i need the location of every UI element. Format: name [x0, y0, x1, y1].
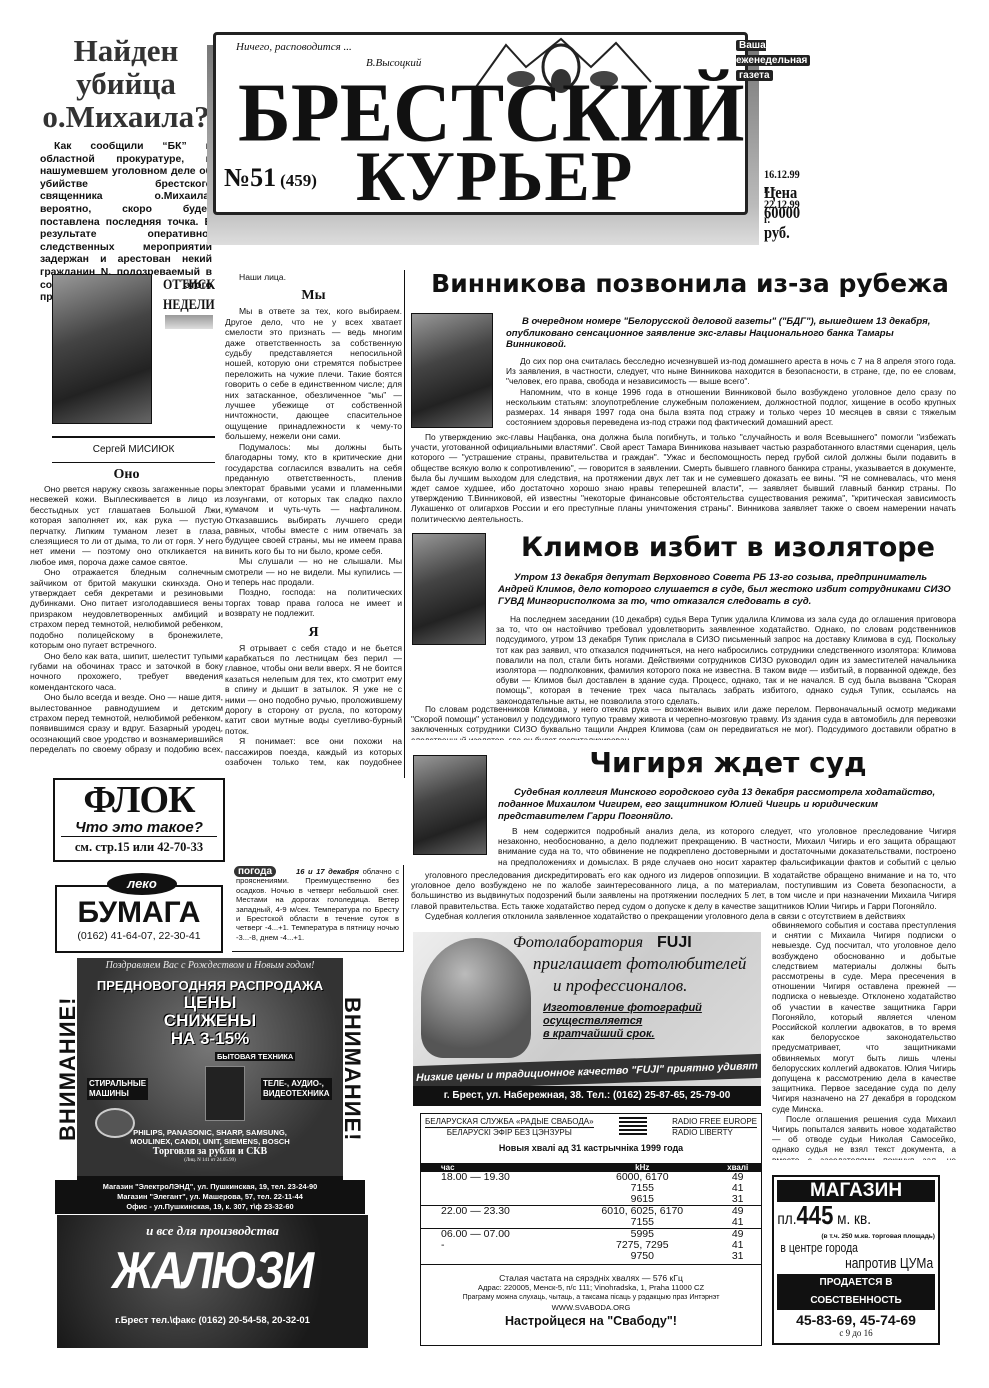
cell-khz: 9615 — [570, 1194, 714, 1206]
lead-headline: Найден убийца о.Михаила? — [40, 34, 212, 133]
side-banner-left: ВНИМАНИЕ! — [55, 958, 77, 1180]
paragraph: По словам родственников Климова, у него … — [411, 704, 956, 740]
ad-fuji: Фотолаборатория FUJI приглашает фотолюби… — [413, 932, 761, 1106]
paragraph: Оно бело как вата, шипит, шелестит тупым… — [30, 651, 223, 693]
paragraph: Наши лица. — [225, 272, 402, 282]
paragraph: До сих пор она считалась бесследно исчез… — [506, 356, 956, 387]
shop-title: МАГАЗИН — [777, 1180, 935, 1202]
chigir-photo — [413, 755, 487, 855]
lead-headline-line: убийца — [76, 66, 176, 101]
flok-subtitle: Что это такое? — [61, 820, 217, 837]
cell-time — [421, 1194, 570, 1206]
masthead-motto: Ничего, расповодится ... — [236, 41, 352, 53]
vinnikova-body-wide: По утверждению экс-главы Нацбанка, она д… — [411, 432, 956, 522]
issue-price: Цена 60000 руб. — [764, 183, 800, 243]
radio-address: Адрас: 220005, Менск-5, п/с 111; Vinohra… — [421, 1283, 761, 1293]
cell-band: 31 — [714, 1194, 761, 1206]
section-title: Я — [225, 623, 402, 643]
rubric-line: ОТТИСК — [163, 275, 215, 295]
rfe-line: RADIO FREE EUROPE — [672, 1117, 757, 1128]
promo-line: в кратчайший срок. — [543, 1028, 702, 1041]
ad-flok: ФЛОК Что это такое? см. стр.15 или 42-70… — [53, 778, 225, 862]
column-part-2: Наши лица. Мы Мы в ответе за тех, кого в… — [225, 272, 402, 770]
cell-time: - — [421, 1240, 570, 1251]
section-title: Оно — [30, 466, 223, 484]
trade-terms: Торговля за рубли и СКВ — [81, 1146, 339, 1157]
fuji-line1: Фотолаборатория FUJI — [513, 934, 692, 952]
blinds-contact: г.Брест тел.\факс (0162) 20-54-58, 20-32… — [57, 1315, 368, 1326]
paragraph: Оно рвется наружу сквозь загаженные поры… — [30, 484, 223, 567]
coffee-maker-image — [205, 1066, 245, 1121]
fuji-address: г. Брест, ул. Набережная, 38. Тел.: (016… — [413, 1086, 761, 1106]
shop-location: напротив ЦУМа — [807, 1255, 938, 1272]
paragraph: Подумалось: мы должны быть благодарны то… — [225, 442, 402, 556]
area-note: (в т.ч. 250 м.кв. торговая площадь) — [774, 1233, 938, 1240]
paragraph: Я понимает: все они похожи на пассажиров… — [225, 736, 402, 770]
table-row: 715541 — [421, 1217, 761, 1229]
radio-subtitle: Новыя хвалі ад 31 кастрычніка 1999 года — [421, 1143, 761, 1153]
ad-shop: МАГАЗИН пл.445 м. кв. (в т.ч. 250 м.кв. … — [772, 1175, 940, 1345]
column-part-1: Оно Оно рвется наружу сквозь загаженные … — [30, 466, 223, 756]
paragraph: В нем содержится подробный анализ дела, … — [498, 826, 956, 870]
shop-hours: с 9 до 16 — [774, 1328, 938, 1338]
side-banner-right: ВНИМАНИЕ! — [343, 958, 365, 1180]
radio-name-line: БЕЛАРУСКАЯ СЛУЖБА «РАДЫЕ СВАБОДА» — [425, 1117, 594, 1128]
paragraph: Я отрывает с себя стадо и не бьется кара… — [225, 643, 402, 737]
cell-time: 18.00 — 19.30 — [421, 1172, 570, 1183]
ad-electroland: ВНИМАНИЕ! ВНИМАНИЕ! Поздравляем Вас с Ро… — [55, 958, 365, 1180]
ad-leko: леко БУМАГА (0162) 41-64-07, 22-30-41 — [55, 885, 223, 953]
rubric-bar — [165, 315, 213, 329]
address-line: Офис - ул.Пушкинская, 19, к. 307, т\ф 23… — [55, 1202, 365, 1212]
cell-band: 31 — [714, 1251, 761, 1262]
cell-band: 41 — [714, 1217, 761, 1229]
license: (Лиц. N 141 от 24.05.99) — [81, 1158, 339, 1163]
cell-time — [421, 1183, 570, 1194]
shop-sale-banner: ПРОДАЕТСЯ В СОБСТВЕННОСТЬ — [777, 1274, 935, 1310]
radio-name: БЕЛАРУСКАЯ СЛУЖБА «РАДЫЕ СВАБОДА» БЕЛАРУ… — [425, 1117, 594, 1138]
paragraph: Мы слушали — но не слышали. Мы смотрели … — [225, 556, 402, 587]
lead-headline-line: о.Михаила? — [42, 99, 209, 134]
paragraph: Поздно, господа: на политических торгах … — [225, 587, 402, 618]
rfe-name: RADIO FREE EUROPE RADIO LIBERTY — [672, 1117, 757, 1138]
masthead-title-line2: КУРЬЕР — [356, 139, 633, 213]
headline-chigir: Чигиря ждет суд — [498, 745, 958, 781]
brands-line: MOULINEX, CANDI, UNIT, SIEMENS, BOSCH — [81, 1137, 339, 1146]
greeting: Поздравляем Вас с Рождеством и Новым год… — [81, 960, 339, 971]
author-photo — [52, 274, 152, 424]
column-rubric: ОТТИСК НЕДЕЛИ — [163, 275, 215, 315]
issue-number: №51 (459) — [224, 163, 317, 193]
category-line: МАШИНЫ — [89, 1089, 146, 1099]
chigir-body-1: В нем содержится подробный анализ дела, … — [498, 826, 956, 870]
chigir-lead: Судебная коллегия Минского городского су… — [498, 787, 956, 823]
vinnikova-body-narrow: До сих пор она считалась бесследно исчез… — [506, 356, 956, 432]
fuji-line3: и профессионалов. — [553, 976, 687, 996]
radio-header: БЕЛАРУСКАЯ СЛУЖБА «РАДЫЕ СВАБОДА» БЕЛАРУ… — [421, 1117, 761, 1138]
sale-arc: ПРЕДНОВОГОДНЯЯ РАСПРОДАЖА — [81, 978, 339, 993]
vinnikova-lead: В очередном номере "Белорусской деловой … — [506, 316, 956, 351]
klimov-lead: Утром 13 декабря депутат Верховного Сове… — [498, 572, 956, 608]
paragraph: После оглашения решения суда Михаил Чиги… — [772, 1114, 956, 1160]
cell-time — [421, 1217, 570, 1229]
paragraph: Напомним, что в конце 1996 года в отноше… — [506, 387, 956, 428]
brands: PHILIPS, PANASONIC, SHARP, SAMSUNG, MOUL… — [81, 1128, 339, 1146]
table-row: 961531 — [421, 1194, 761, 1206]
radio-url[interactable]: WWW.SVABODA.ORG — [421, 1303, 761, 1313]
shop-area: пл.445 м. кв. — [774, 1202, 913, 1233]
cell-time — [421, 1251, 570, 1262]
rfe-line: RADIO LIBERTY — [672, 1128, 757, 1138]
category-line: СТИРАЛЬНЫЕ — [89, 1079, 146, 1089]
rubric-line: НЕДЕЛИ — [163, 295, 215, 315]
shop-location: в центре города — [774, 1240, 905, 1255]
category-line: ВИДЕОТЕХНИКА — [263, 1089, 330, 1099]
vinnikova-photo — [411, 313, 493, 428]
prices-block: ЦЕНЫ СНИЖЕНЫ НА 3-15% — [81, 994, 339, 1048]
radio-mw: Сталая частата на сярэдніх хвалях — 576 … — [421, 1273, 761, 1283]
weather-box: погода 16 и 17 декабря облачно с проясне… — [232, 865, 404, 952]
paragraph: Судебная коллегия отклонила заявленное х… — [411, 911, 956, 920]
paragraph: обвиняемого события и состава преступлен… — [772, 920, 956, 1114]
paragraph: Оно отражается бледным солнечным зайчико… — [30, 567, 223, 650]
table-row: 975031 — [421, 1251, 761, 1262]
fuji-text: Фотолаборатория — [513, 934, 643, 951]
prices-line: СНИЖЕНЫ — [81, 1012, 339, 1030]
brands-line: PHILIPS, PANASONIC, SHARP, SAMSUNG, — [81, 1128, 339, 1137]
fuji-line2: приглашает фотолюбителей — [533, 954, 746, 974]
paragraph: Мы в ответе за тех, кого выбираем. Друго… — [225, 306, 402, 441]
blinds-tagline: и все для производства — [57, 1223, 368, 1239]
flok-title: ФЛОК — [55, 780, 223, 820]
table-row: 18.00 — 19.306000, 617049 — [421, 1172, 761, 1183]
address-line: Магазин "Элегант", ул. Машерова, 57, тел… — [55, 1192, 365, 1202]
paragraph: уголовного преследования дискредитироват… — [411, 870, 956, 911]
headline-klimov: Климов избит в изоляторе — [498, 530, 958, 566]
promo-line: Изготовление фотографий — [543, 1002, 702, 1015]
table-row: 06.00 — 07.00599549 — [421, 1229, 761, 1241]
prices-line: НА 3-15% — [81, 1030, 339, 1048]
weather-forecast: облачно с прояснениями. Преимущественно … — [236, 867, 399, 942]
masthead: Ничего, расповодится ... В.Высоцкий Ваша… — [213, 32, 748, 215]
tagline-line: Ваша еженедельная — [736, 40, 810, 66]
table-row: -7275, 729541 — [421, 1240, 761, 1251]
paragraph: По утверждению экс-главы Нацбанка, она д… — [411, 432, 956, 522]
table-row: 715541 — [421, 1183, 761, 1194]
radio-cta: Настройцеся на "Свабоду"! — [421, 1313, 761, 1329]
radio-footer: Сталая частата на сярэдніх хвалях — 576 … — [421, 1264, 761, 1329]
column-author: Сергей МИСИЮК — [52, 444, 215, 455]
ad-radio: БЕЛАРУСКАЯ СЛУЖБА «РАДЫЕ СВАБОДА» БЕЛАРУ… — [420, 1113, 762, 1346]
leko-phones: (0162) 41-64-07, 22-30-41 — [57, 929, 221, 943]
shop-phones: 45-83-69, 45-74-69 — [774, 1312, 938, 1328]
cell-khz: 7155 — [570, 1217, 714, 1229]
issue-number-value: №51 — [224, 163, 276, 192]
address-line: Магазин "ЭлектроЛЭНД", ул. Пушкинская, 1… — [55, 1182, 365, 1192]
promo-line: осуществляется — [543, 1015, 702, 1028]
cell-time: 22.00 — 23.30 — [421, 1206, 570, 1218]
radio-schedule-table: час kHz хвалі 18.00 — 19.306000, 6170497… — [421, 1163, 761, 1262]
headline-vinnikova: Винникова позвонила из-за рубежа — [420, 268, 960, 300]
lead-headline-line: Найден — [74, 33, 179, 68]
fuji-slogan: Низкие цены и традиционное качество "FUJ… — [413, 1054, 761, 1090]
weather-dates: 16 и 17 декабря — [296, 867, 359, 876]
divider — [52, 462, 215, 463]
chigir-body-2: уголовного преследования дискредитироват… — [411, 870, 956, 920]
klimov-body-2: По словам родственников Климова, у него … — [411, 704, 956, 740]
radio-internet: Праграму можна слухаць, чытаць, а таксам… — [421, 1293, 761, 1303]
klimov-body: На последнем заседании (10 декабря) судь… — [411, 614, 956, 706]
category-av: ТЕЛЕ-, АУДИО-,ВИДЕОТЕХНИКА — [261, 1078, 332, 1100]
area-prefix: пл. — [777, 1211, 796, 1228]
section-title: Мы — [225, 286, 402, 306]
table-row: 22.00 — 23.306010, 6025, 617049 — [421, 1206, 761, 1218]
ad-blinds: и все для производства ЖАЛЮЗИ г.Брест те… — [57, 1215, 368, 1348]
category-line: ТЕЛЕ-, АУДИО-, — [263, 1079, 330, 1089]
tagline: Ваша еженедельная газета — [736, 37, 810, 82]
issue-total: (459) — [280, 171, 317, 190]
flok-contact: см. стр.15 или 42-70-33 — [55, 837, 223, 857]
fuji-promo: Изготовление фотографий осуществляется в… — [543, 1002, 702, 1041]
paragraph: Оно было всегда и везде. Оно — наше дитя… — [30, 692, 223, 756]
cell-khz: 9750 — [570, 1251, 714, 1262]
lead-story: Найден убийца о.Михаила? Как сообщили “Б… — [40, 34, 212, 305]
area-value: 445 — [796, 1200, 833, 1230]
prices-line: ЦЕНЫ — [81, 994, 339, 1012]
divider — [52, 436, 215, 438]
leko-product: БУМАГА — [57, 897, 221, 929]
column-rule — [404, 270, 405, 778]
radio-name-line: БЕЛАРУСКІ ЭФІР БЕЗ ЦЭНЗУРЫ — [425, 1128, 594, 1138]
category-wash: СТИРАЛЬНЫЕМАШИНЫ — [87, 1078, 148, 1100]
fuji-logo: FUJI — [657, 934, 692, 951]
chigir-body-3: обвиняемого события и состава преступлен… — [772, 920, 956, 1160]
blinds-title: ЖАЛЮЗИ — [80, 1239, 344, 1303]
leko-logo: леко — [107, 873, 177, 895]
electroland-addresses: Магазин "ЭлектроЛЭНД", ул. Пушкинская, 1… — [55, 1180, 365, 1214]
weather-label: погода — [234, 866, 276, 877]
paragraph: На последнем заседании (10 декабря) судь… — [496, 614, 956, 706]
bell-logo-icon — [619, 1117, 647, 1137]
area-unit: м. кв. — [837, 1211, 871, 1228]
couple-photo — [421, 938, 531, 1058]
category-home: БЫТОВАЯ ТЕХНИКА — [215, 1052, 295, 1061]
